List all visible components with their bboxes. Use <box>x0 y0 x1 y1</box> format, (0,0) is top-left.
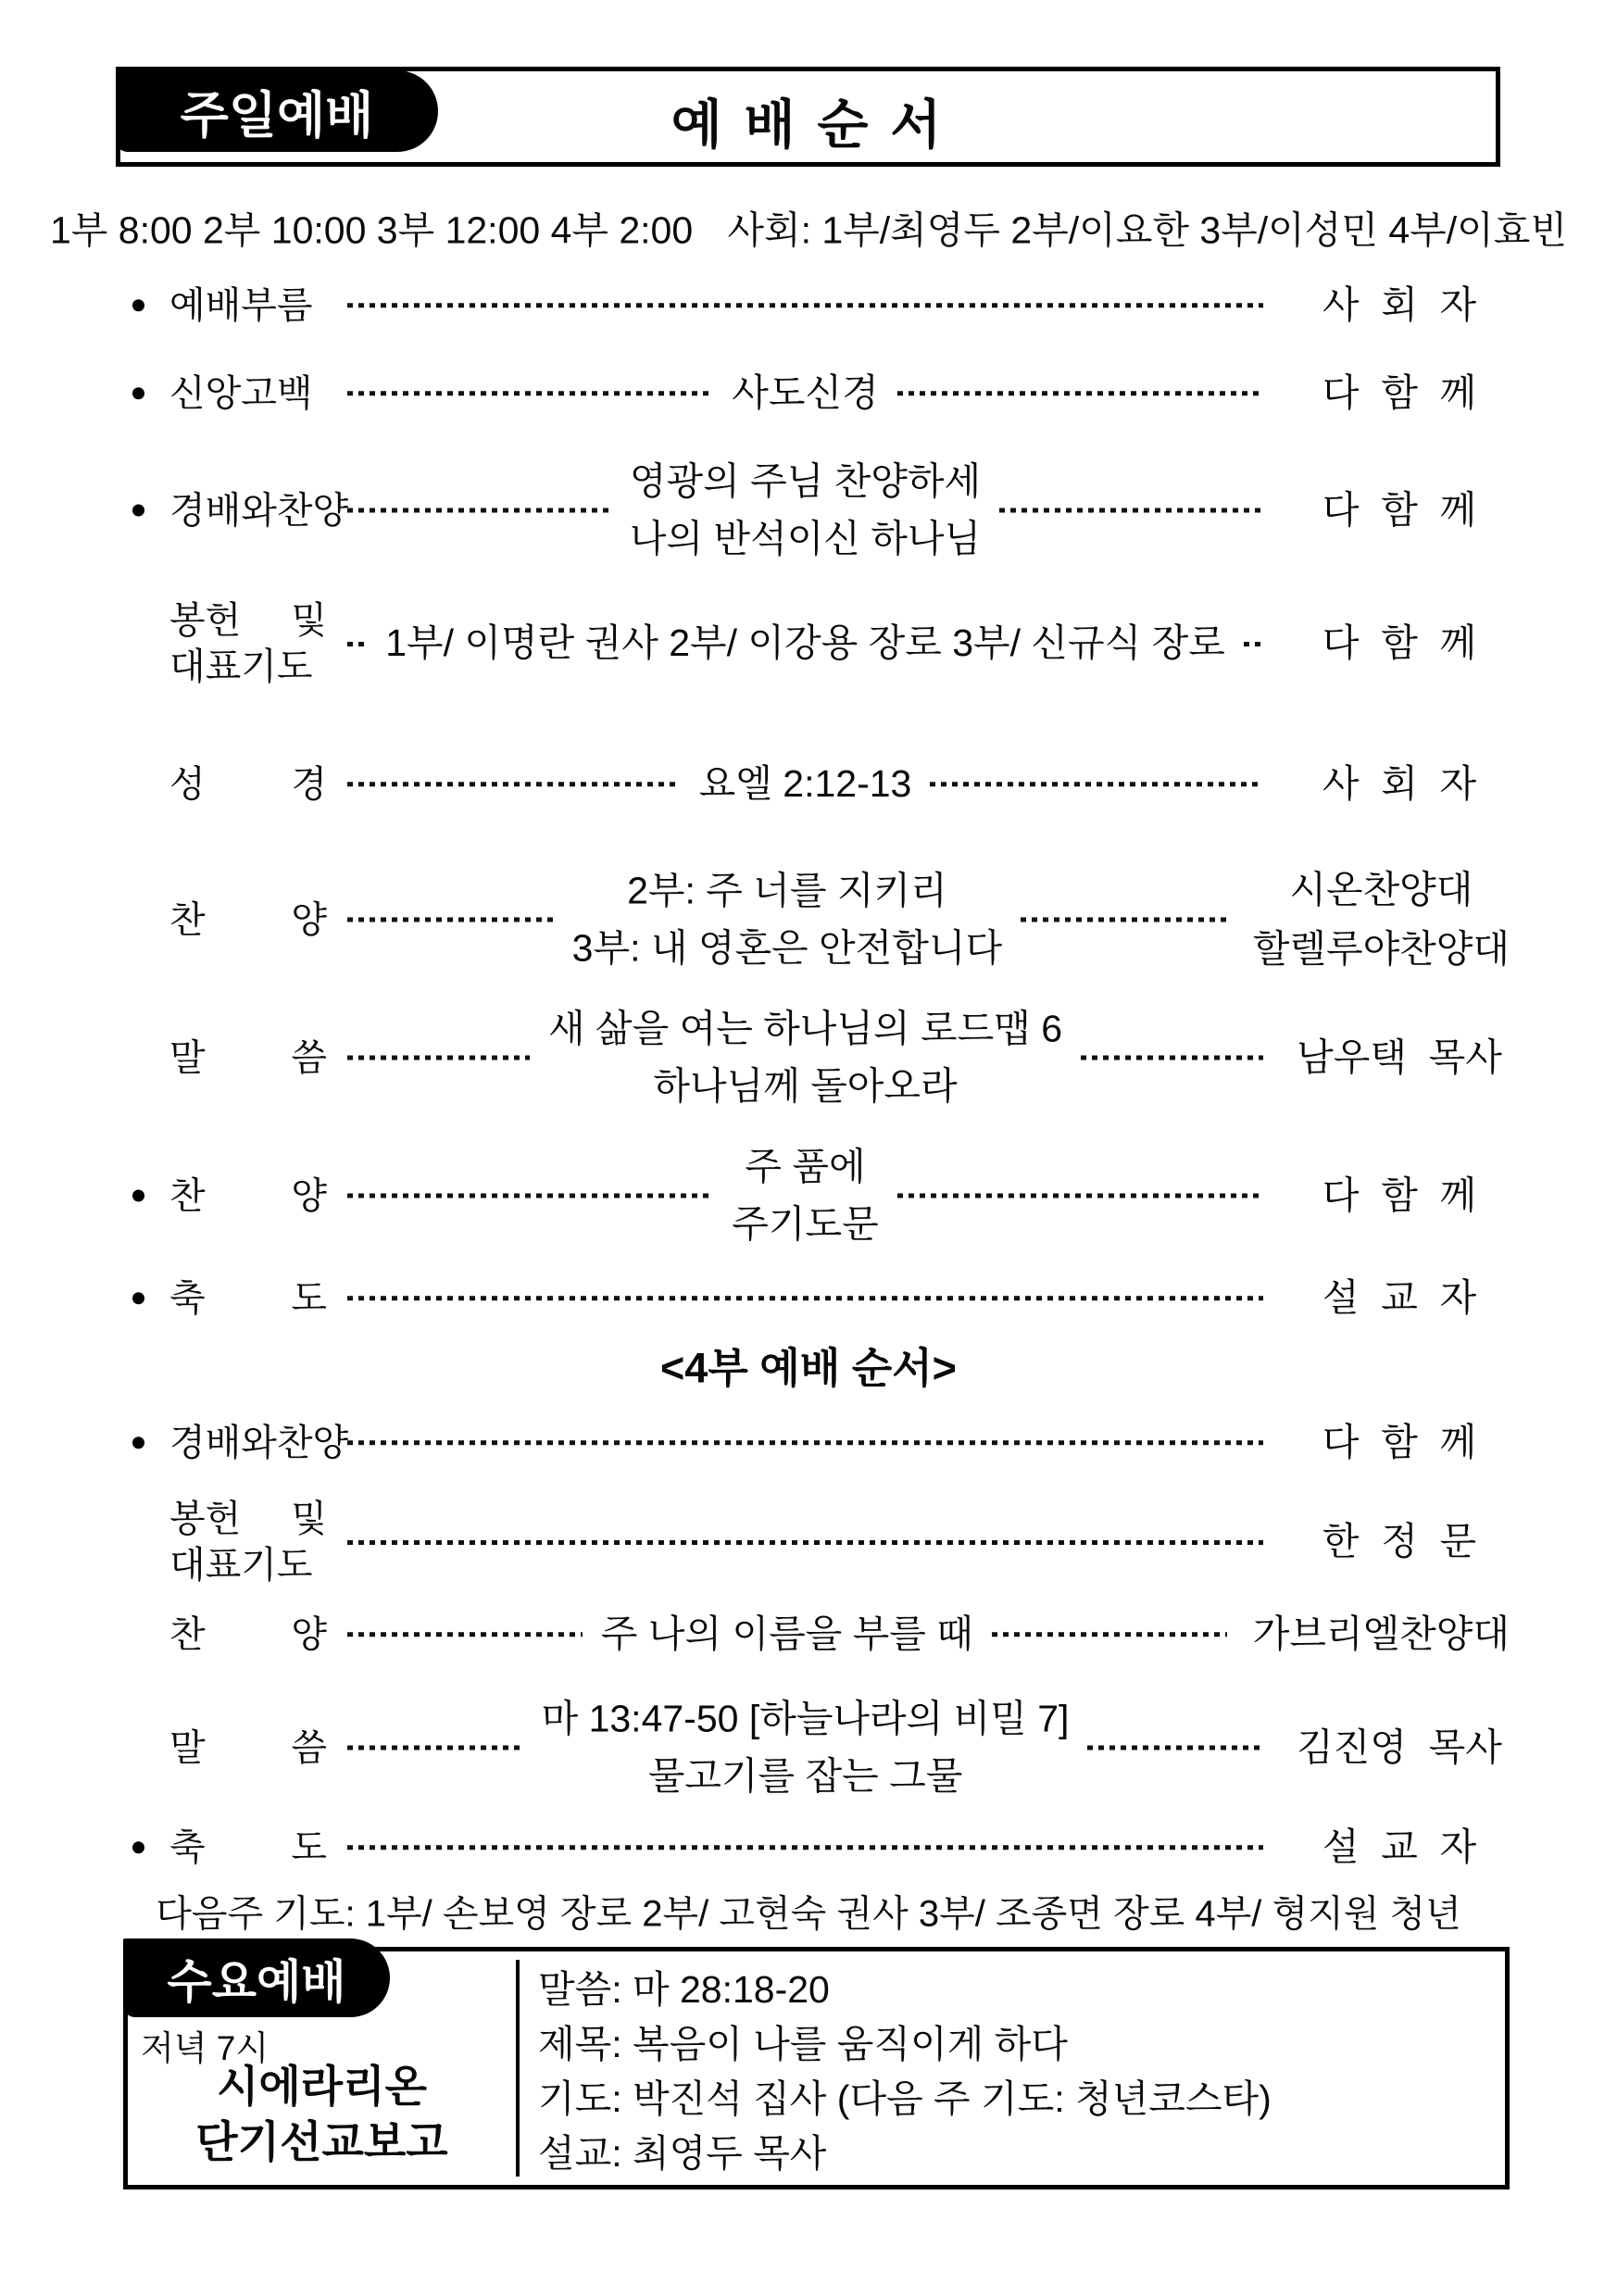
dotted-leader <box>347 1746 523 1750</box>
order-item-label: 축 도 <box>169 1275 327 1322</box>
order-row: 찬 양 주 나의 이름을 부를 때 가브리엘찬양대 <box>0 1605 1617 1664</box>
order-item-label: 찬 양 <box>169 1612 327 1658</box>
order-item-performer: 한 정 문 <box>1289 1512 1510 1572</box>
wednesday-left-column: 저녁 7시 시에라리온 단기선교보고 <box>128 1951 516 2185</box>
dotted-leader <box>347 508 611 513</box>
order-item-label: 신앙고백 <box>169 370 327 417</box>
order-item-label: 경배와찬양 <box>169 1420 327 1466</box>
order-item-detail: 요엘 2:12-13 <box>681 756 931 813</box>
sunday-worship-badge: 주일예배 <box>116 70 438 152</box>
dotted-leader <box>999 508 1263 513</box>
order-row: 봉헌 및 대표기도 한 정 문 <box>0 1496 1617 1588</box>
order-item-label: 예배부름 <box>169 282 327 329</box>
service-moderators: 사회: 1부/최영두 2부/이요한 3부/이성민 4부/이효빈 <box>727 200 1567 255</box>
dotted-leader <box>930 782 1263 786</box>
order-item-performer: 다 함 께 <box>1289 364 1510 423</box>
order-row: 봉헌 및 대표기도 1부/ 이명란 권사 2부/ 이강용 장로 3부/ 신규식 … <box>0 597 1617 690</box>
next-week-prayer-line: 다음주 기도: 1부/ 손보영 장로 2부/ 고현숙 권사 3부/ 조종면 장로… <box>0 1885 1617 1938</box>
dotted-leader <box>347 782 681 786</box>
dotted-leader <box>992 1632 1227 1637</box>
order-item-label: 경배와찬양 <box>169 487 327 533</box>
dotted-leader <box>347 1632 583 1637</box>
order-row: 신앙고백 사도신경 다 함 께 <box>0 364 1617 423</box>
order-item-performer: 다 함 께 <box>1289 1166 1510 1225</box>
order-item-performer: 설 교 자 <box>1289 1818 1510 1877</box>
dotted-leader <box>1081 1056 1263 1060</box>
order-item-label: 봉헌 및 대표기도 <box>169 1496 327 1588</box>
dotted-leader <box>347 391 713 395</box>
order-item-performer: 사 회 자 <box>1289 276 1510 335</box>
bulletin-page: 주일예배 예 배 순 서 1부 8:00 2부 10:00 3부 12:00 4… <box>0 0 1617 2296</box>
order-item-performer: 다 함 께 <box>1289 614 1510 673</box>
bullet-icon <box>132 1841 144 1853</box>
order-item-label: 봉헌 및 대표기도 <box>169 597 327 690</box>
order-item-performer: 김진영 목사 <box>1289 1718 1510 1777</box>
order-item-performer: 남우택 목사 <box>1289 1028 1510 1087</box>
bullet-icon <box>132 1437 144 1449</box>
order-item-detail: 2부: 주 너를 지키리 3부: 내 영혼은 안전합니다 <box>554 863 1021 977</box>
page-title: 예 배 순 서 <box>671 75 946 158</box>
order-item-detail: 1부/ 이명란 권사 2부/ 이강용 장로 3부/ 신규식 장로 <box>367 615 1244 672</box>
wednesday-worship-box: 수요예배 저녁 7시 시에라리온 단기선교보고 말씀: 마 28:18-20 제… <box>123 1947 1510 2189</box>
bullet-icon <box>132 299 144 311</box>
dotted-leader <box>1087 1746 1263 1750</box>
dotted-leader <box>347 1845 1263 1850</box>
service-times: 1부 8:00 2부 10:00 3부 12:00 4부 2:00 <box>50 200 693 255</box>
order-item-performer: 다 함 께 <box>1289 1413 1510 1473</box>
order-row: 축 도 설 교 자 <box>0 1269 1617 1328</box>
dotted-leader <box>347 1440 1263 1445</box>
bullet-icon <box>132 387 144 399</box>
order-item-detail: 주 나의 이름을 부를 때 <box>583 1606 992 1663</box>
order-row: 말 씀 마 13:47-50 [하늘나라의 비밀 7] 물고기를 잡는 그물 김… <box>0 1691 1617 1805</box>
order-row: 찬 양 주 품에 주기도문 다 함 께 <box>0 1139 1617 1253</box>
bullet-icon <box>132 504 144 516</box>
order-item-label: 찬 양 <box>169 1173 327 1219</box>
order-item-label: 말 씀 <box>169 1035 327 1081</box>
wednesday-mission-note: 시에라리온 단기선교보고 <box>128 2059 516 2170</box>
dotted-leader <box>347 1056 530 1060</box>
order-item-performer: 시온찬양대 할렐루야찬양대 <box>1253 860 1510 978</box>
worship-header-box: 주일예배 예 배 순 서 <box>116 67 1500 167</box>
dotted-leader <box>347 1296 1263 1300</box>
bullet-icon <box>132 1292 144 1304</box>
order-item-label: 찬 양 <box>169 897 327 943</box>
service-times-line: 1부 8:00 2부 10:00 3부 12:00 4부 2:00 사회: 1부… <box>0 200 1617 255</box>
order-row: 말 씀 새 삶을 여는 하나님의 로드맵 6 하나님께 돌아오라 남우택 목사 <box>0 1001 1617 1115</box>
order-item-performer: 설 교 자 <box>1289 1269 1510 1328</box>
dotted-leader <box>347 1540 1263 1545</box>
dotted-leader <box>347 1194 713 1198</box>
dotted-leader <box>347 642 367 646</box>
order-item-detail: 주 품에 주기도문 <box>713 1139 896 1253</box>
order-item-detail: 사도신경 <box>713 365 896 422</box>
bullet-icon <box>132 1189 144 1201</box>
order-item-performer: 가브리엘찬양대 <box>1253 1605 1510 1664</box>
dotted-leader <box>347 303 1263 307</box>
dotted-leader <box>897 391 1263 395</box>
order-item-label: 축 도 <box>169 1825 327 1871</box>
order-row: 경배와찬양 영광의 주님 찬양하세 나의 반석이신 하나님 다 함 께 <box>0 454 1617 568</box>
wednesday-sermon-title: 제목: 복음이 나를 움직이게 하다 <box>538 2014 1498 2068</box>
wednesday-scripture: 말씀: 마 28:18-20 <box>538 1959 1498 2014</box>
order-item-label: 말 씀 <box>169 1725 327 1771</box>
order-item-performer: 사 회 자 <box>1289 755 1510 814</box>
wednesday-preacher: 설교: 최영두 목사 <box>538 2123 1498 2177</box>
order-row: 축 도 설 교 자 <box>0 1818 1617 1877</box>
dotted-leader <box>1021 918 1227 922</box>
order-item-detail: 마 13:47-50 [하늘나라의 비밀 7] 물고기를 잡는 그물 <box>523 1691 1088 1805</box>
wednesday-details: 말씀: 마 28:18-20 제목: 복음이 나를 움직이게 하다 기도: 박진… <box>520 1951 1505 2185</box>
order-row: 예배부름 사 회 자 <box>0 276 1617 335</box>
order-item-detail: 새 삶을 여는 하나님의 로드맵 6 하나님께 돌아오라 <box>530 1001 1081 1115</box>
dotted-leader <box>347 918 554 922</box>
order-row: 성 경 요엘 2:12-13 사 회 자 <box>0 755 1617 814</box>
part4-section-title: <4부 예배 순서> <box>0 1335 1617 1395</box>
order-item-detail: 영광의 주님 찬양하세 나의 반석이신 하나님 <box>611 454 999 568</box>
wednesday-prayer: 기도: 박진석 집사 (다음 주 기도: 청년코스타) <box>538 2068 1498 2123</box>
order-row: 찬 양 2부: 주 너를 지키리 3부: 내 영혼은 안전합니다 시온찬양대 할… <box>0 860 1617 978</box>
dotted-leader <box>897 1194 1263 1198</box>
order-item-performer: 다 함 께 <box>1289 481 1510 540</box>
dotted-leader <box>1244 642 1263 646</box>
order-row: 경배와찬양 다 함 께 <box>0 1413 1617 1473</box>
order-item-label: 성 경 <box>169 761 327 808</box>
